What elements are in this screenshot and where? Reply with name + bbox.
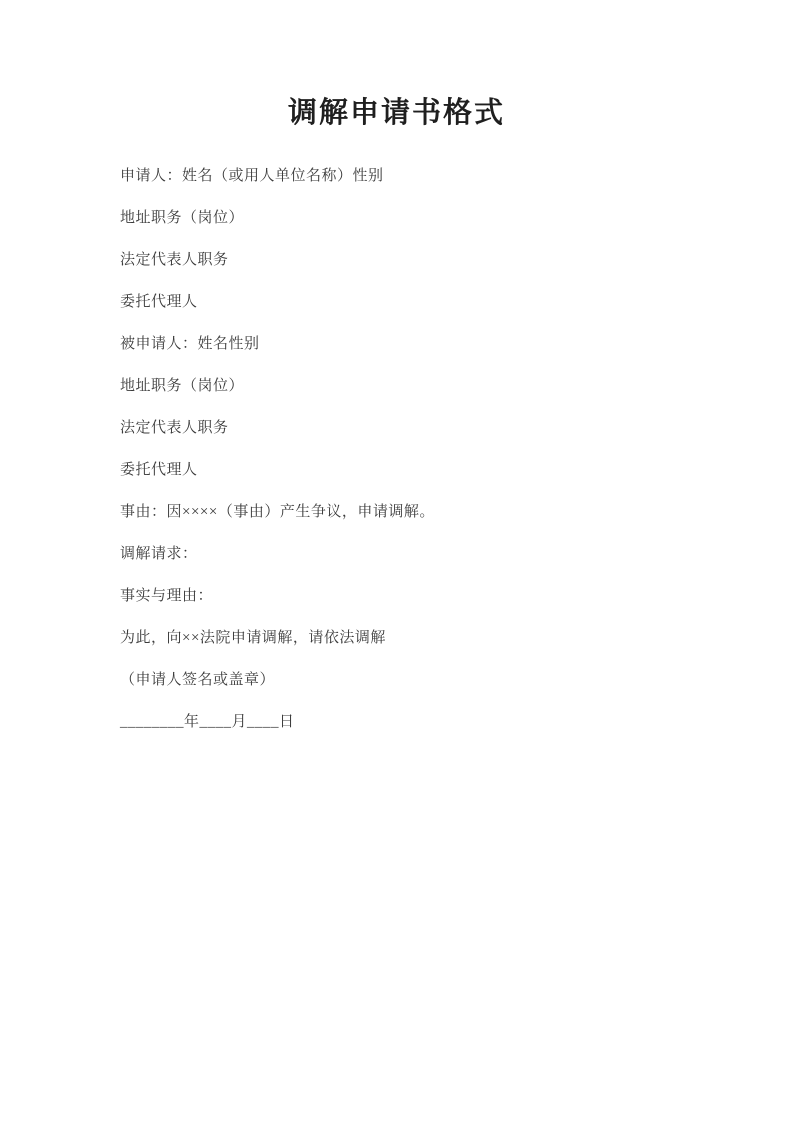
line-signature-seal: （申请人签名或盖章）: [120, 672, 693, 688]
line-legal-representative-2: 法定代表人职务: [120, 420, 693, 436]
line-address-position-2: 地址职务（岗位）: [120, 378, 693, 394]
line-mediation-request: 调解请求：: [120, 546, 693, 562]
line-applicant: 申请人：姓名（或用人单位名称）性别: [120, 168, 693, 184]
line-respondent: 被申请人：姓名性别: [120, 336, 693, 352]
line-cause: 事由：因××××（事由）产生争议，申请调解。: [120, 504, 693, 520]
document-page: 调解申请书格式 申请人：姓名（或用人单位名称）性别 地址职务（岗位） 法定代表人…: [0, 0, 793, 1122]
line-legal-representative: 法定代表人职务: [120, 252, 693, 268]
line-facts-and-reasons: 事实与理由：: [120, 588, 693, 604]
line-date-blank: ________年____月____日: [120, 714, 693, 730]
line-entrusted-agent: 委托代理人: [120, 294, 693, 310]
line-address-position: 地址职务（岗位）: [120, 210, 693, 226]
document-title: 调解申请书格式: [0, 98, 793, 128]
line-court-request: 为此，向××法院申请调解，请依法调解: [120, 630, 693, 646]
line-entrusted-agent-2: 委托代理人: [120, 462, 693, 478]
document-body: 申请人：姓名（或用人单位名称）性别 地址职务（岗位） 法定代表人职务 委托代理人…: [0, 168, 793, 730]
